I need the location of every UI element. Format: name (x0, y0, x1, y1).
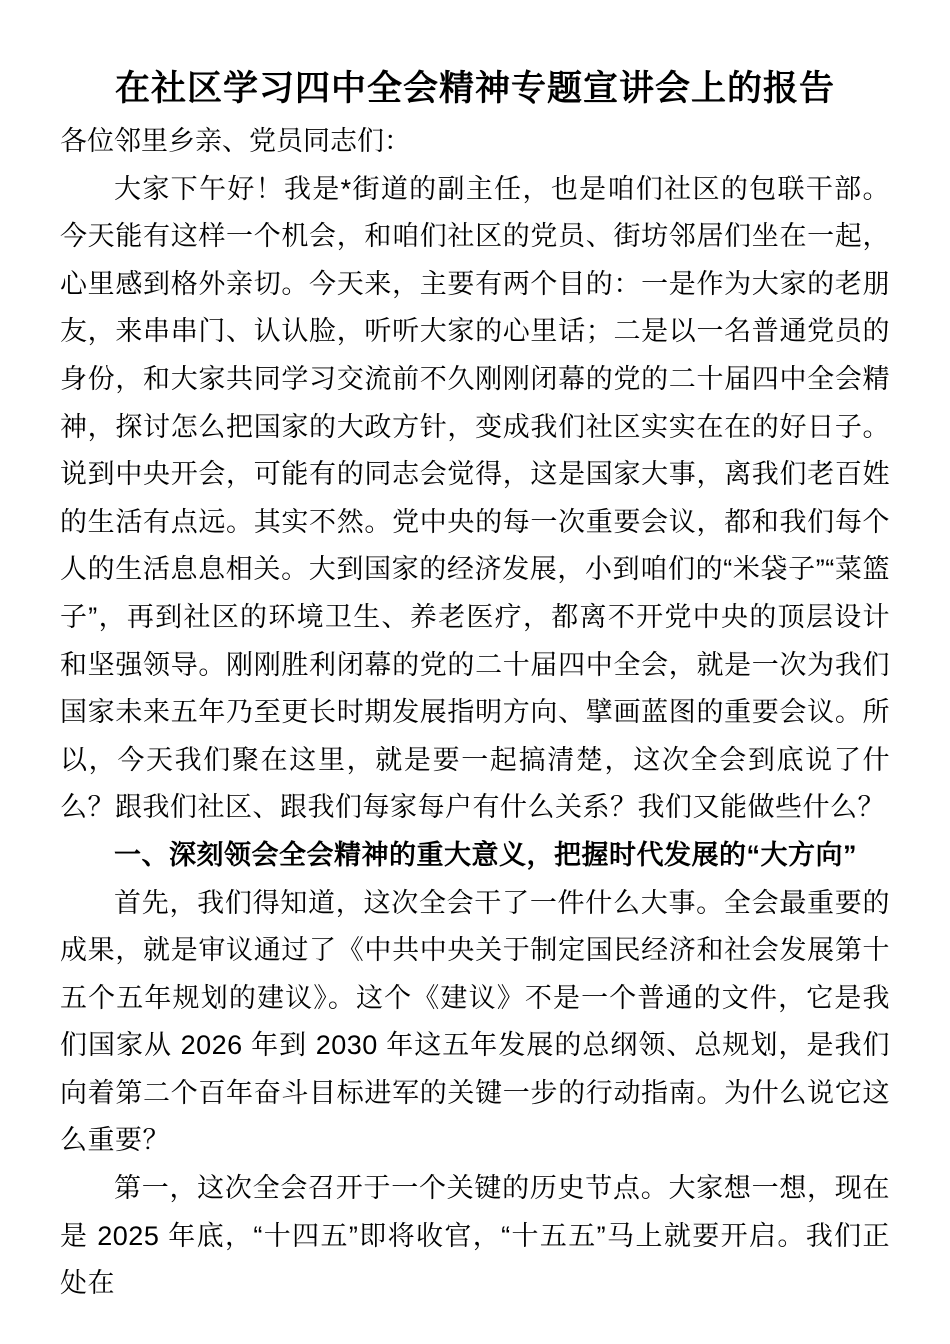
salutation-line: 各位邻里乡亲、党员同志们： (60, 118, 890, 166)
paragraph-historical-node: 第一，这次全会召开于一个关键的历史节点。大家想一想，现在是 2025 年底，“十… (60, 1165, 890, 1308)
document-title: 在社区学习四中全会精神专题宣讲会上的报告 (60, 60, 890, 118)
paragraph-opening-remarks: 大家下午好！我是*街道的副主任，也是咱们社区的包联干部。今天能有这样一个机会，和… (60, 166, 890, 832)
section-heading-1: 一、深刻领会全会精神的重大意义，把握时代发展的“大方向” (60, 832, 890, 880)
document-page: 在社区学习四中全会精神专题宣讲会上的报告 各位邻里乡亲、党员同志们： 大家下午好… (0, 0, 950, 1344)
paragraph-plenary-outcome: 首先，我们得知道，这次全会干了一件什么大事。全会最重要的成果，就是审议通过了《中… (60, 880, 890, 1166)
